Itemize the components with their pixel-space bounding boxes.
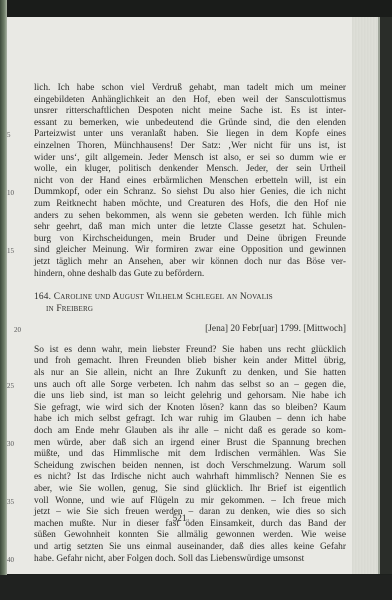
text-line: So ist es denn wahr, mein liebster Freun… bbox=[34, 345, 346, 357]
text-line: eingebildeten Anhänglichkeit an den Hof,… bbox=[34, 95, 346, 107]
text-line: und artig setzten Sie uns einmal auseina… bbox=[34, 542, 346, 554]
text-line: wider uns‘, gilt allgemein. Jeder Mensch… bbox=[34, 153, 346, 165]
line-text: Sie gefragt, wie wird sich der Knoten lö… bbox=[34, 403, 346, 413]
line-text: lich. Ich habe schon viel Verdruß gehabt… bbox=[34, 83, 346, 93]
line-text: nicht von der Hand eines erbärmlichen Me… bbox=[34, 176, 346, 186]
line-text: habe ich mich selbst gefragt. Ich war ru… bbox=[34, 414, 346, 424]
line-text: die uns lieb sind, ist man so leicht gel… bbox=[34, 391, 346, 401]
line-text: sind gleicher Meinung. Wir formiren zwar… bbox=[34, 245, 346, 255]
line-text: Dummkopf, oder ein Schranz. So siehst Du… bbox=[34, 187, 346, 197]
line-number: 30 bbox=[7, 439, 21, 451]
letter-heading: 164. Caroline und August Wilhelm Schlege… bbox=[34, 292, 346, 315]
line-text: burg von Kirchscheidungen, mein Bruder u… bbox=[34, 234, 346, 244]
line-text: anders zu sehen bekommen, als wenn sie g… bbox=[34, 211, 346, 221]
line-text: und froh gemacht. Ihren Freunden blieb b… bbox=[34, 356, 346, 366]
text-line: es nicht? Ist das Irdische nicht auch wa… bbox=[34, 472, 346, 484]
line-text: eingebildeten Anhänglichkeit an den Hof,… bbox=[34, 95, 346, 105]
letter-heading-line1: 164. Caroline und August Wilhelm Schlege… bbox=[34, 292, 346, 304]
line-text: uns auch oft alle Sorge verbeten. Ich na… bbox=[34, 380, 346, 390]
line-text: müßte, und das Himmlische mit dem Irdisc… bbox=[34, 449, 346, 459]
text-line: habe ich mich selbst gefragt. Ich war ru… bbox=[34, 414, 346, 426]
text-line: 30men würde, aber daß sich an irgend ein… bbox=[34, 438, 346, 450]
letter-heading-line2: in Freiberg bbox=[34, 304, 346, 316]
page-number: 521 bbox=[7, 514, 352, 524]
line-text: wider uns‘, gilt allgemein. Jeder Mensch… bbox=[34, 153, 346, 163]
book-page: lich. Ich habe schon viel Verdruß gehabt… bbox=[7, 17, 352, 574]
text-line: und froh gemacht. Ihren Freunden blieb b… bbox=[34, 356, 346, 368]
line-text: wolle, ein kluger, politisch denkender M… bbox=[34, 164, 346, 174]
line-number: 25 bbox=[7, 381, 21, 393]
paragraph-continued-letter: lich. Ich habe schon viel Verdruß gehabt… bbox=[34, 83, 346, 280]
dateline-text: [Jena] 20 Febr[uar] 1799. [Mittwoch] bbox=[205, 324, 346, 334]
text-line: 10Dummkopf, oder ein Schranz. So siehst … bbox=[34, 187, 346, 199]
line-text: zum Reitknecht haben möchte, und Creatur… bbox=[34, 199, 346, 209]
text-line: sehr geehrt, daß man mich unter die letz… bbox=[34, 222, 346, 234]
text-line: die uns lieb sind, ist man so leicht gel… bbox=[34, 391, 346, 403]
line-text: doch am Ende mehr Glauben als ihr alle –… bbox=[34, 426, 346, 436]
text-line: 40habe. Gefahr nicht, aber Folgen doch. … bbox=[34, 554, 346, 566]
line-text: men würde, aber daß sich an irgend einer… bbox=[34, 438, 346, 448]
dateline: 20 [Jena] 20 Febr[uar] 1799. [Mittwoch] bbox=[34, 324, 346, 336]
line-text: voll Wonne, und wie auf Flügeln zu mir g… bbox=[34, 496, 346, 506]
line-number: 20 bbox=[7, 325, 21, 337]
text-line: müßte, und das Himmlische mit dem Irdisc… bbox=[34, 449, 346, 461]
paragraph-letter-164: So ist es denn wahr, mein liebster Freun… bbox=[34, 345, 346, 565]
line-text: Parteizwist unter uns veranlaßt haben. S… bbox=[34, 129, 346, 139]
line-text: Scheidung zwischen beiden nennen, ist do… bbox=[34, 461, 346, 471]
text-line: aber, wie Sie wollen, genug, Sie sind gl… bbox=[34, 484, 346, 496]
book-spine-edge bbox=[0, 0, 7, 600]
line-text: habe. Gefahr nicht, aber Folgen doch. So… bbox=[34, 554, 304, 564]
text-line: hindern, ohne deshalb das Gute zu beförd… bbox=[34, 269, 346, 281]
scan-background-top bbox=[0, 0, 392, 18]
line-text: süßen Gewohnheit konnten Sie allmälig ge… bbox=[34, 530, 346, 540]
text-line: Sie gefragt, wie wird sich der Knoten lö… bbox=[34, 403, 346, 415]
scan-background-right bbox=[380, 17, 392, 574]
line-number: 15 bbox=[7, 246, 21, 258]
text-line: doch am Ende mehr Glauben als ihr alle –… bbox=[34, 426, 346, 438]
line-text: und artig setzten Sie uns einmal auseina… bbox=[34, 542, 346, 552]
text-line: 25uns auch oft alle Sorge verbeten. Ich … bbox=[34, 380, 346, 392]
text-line: essant zu bemerken, wie unbedeutend die … bbox=[34, 118, 346, 130]
line-number: 40 bbox=[7, 555, 21, 567]
text-line: als nur an Sie allein, nicht an Ihre Zuk… bbox=[34, 368, 346, 380]
line-text: sehr geehrt, daß man mich unter die letz… bbox=[34, 222, 346, 232]
line-text: So ist es denn wahr, mein liebster Freun… bbox=[34, 345, 346, 355]
scan-background-bottom bbox=[0, 575, 392, 600]
text-line: 15sind gleicher Meinung. Wir formiren zw… bbox=[34, 245, 346, 257]
text-line: jetzt täglich mehr an Ansehen, aber wir … bbox=[34, 257, 346, 269]
text-line: nicht von der Hand eines erbärmlichen Me… bbox=[34, 176, 346, 188]
line-text: als nur an Sie allein, nicht an Ihre Zuk… bbox=[34, 368, 346, 378]
text-line: 35voll Wonne, und wie auf Flügeln zu mir… bbox=[34, 496, 346, 508]
text-line: lich. Ich habe schon viel Verdruß gehabt… bbox=[34, 83, 346, 95]
line-number: 10 bbox=[7, 188, 21, 200]
line-number: 5 bbox=[7, 130, 21, 142]
text-line: süßen Gewohnheit konnten Sie allmälig ge… bbox=[34, 530, 346, 542]
line-text: essant zu bemerken, wie unbedeutend die … bbox=[34, 118, 346, 128]
text-line: Scheidung zwischen beiden nennen, ist do… bbox=[34, 461, 346, 473]
text-line: burg von Kirchscheidungen, mein Bruder u… bbox=[34, 234, 346, 246]
line-text: unsrer ritterschaftlichen Despoten nicht… bbox=[34, 106, 346, 116]
page-text: lich. Ich habe schon viel Verdruß gehabt… bbox=[34, 83, 346, 565]
book-fore-edge bbox=[352, 17, 380, 574]
line-text: einzelnen Thoren, Münchhausens! Der Satz… bbox=[34, 141, 346, 151]
line-number: 35 bbox=[7, 497, 21, 509]
text-line: wolle, ein kluger, politisch denkender M… bbox=[34, 164, 346, 176]
line-text: hindern, ohne deshalb das Gute zu beförd… bbox=[34, 269, 204, 279]
text-line: zum Reitknecht haben möchte, und Creatur… bbox=[34, 199, 346, 211]
line-text: aber, wie Sie wollen, genug, Sie sind gl… bbox=[34, 484, 346, 494]
line-text: es nicht? Ist das Irdische nicht auch wa… bbox=[34, 472, 346, 482]
text-line: anders zu sehen bekommen, als wenn sie g… bbox=[34, 211, 346, 223]
text-line: einzelnen Thoren, Münchhausens! Der Satz… bbox=[34, 141, 346, 153]
text-line: 5Parteizwist unter uns veranlaßt haben. … bbox=[34, 129, 346, 141]
text-line: unsrer ritterschaftlichen Despoten nicht… bbox=[34, 106, 346, 118]
line-text: jetzt täglich mehr an Ansehen, aber wir … bbox=[34, 257, 346, 267]
